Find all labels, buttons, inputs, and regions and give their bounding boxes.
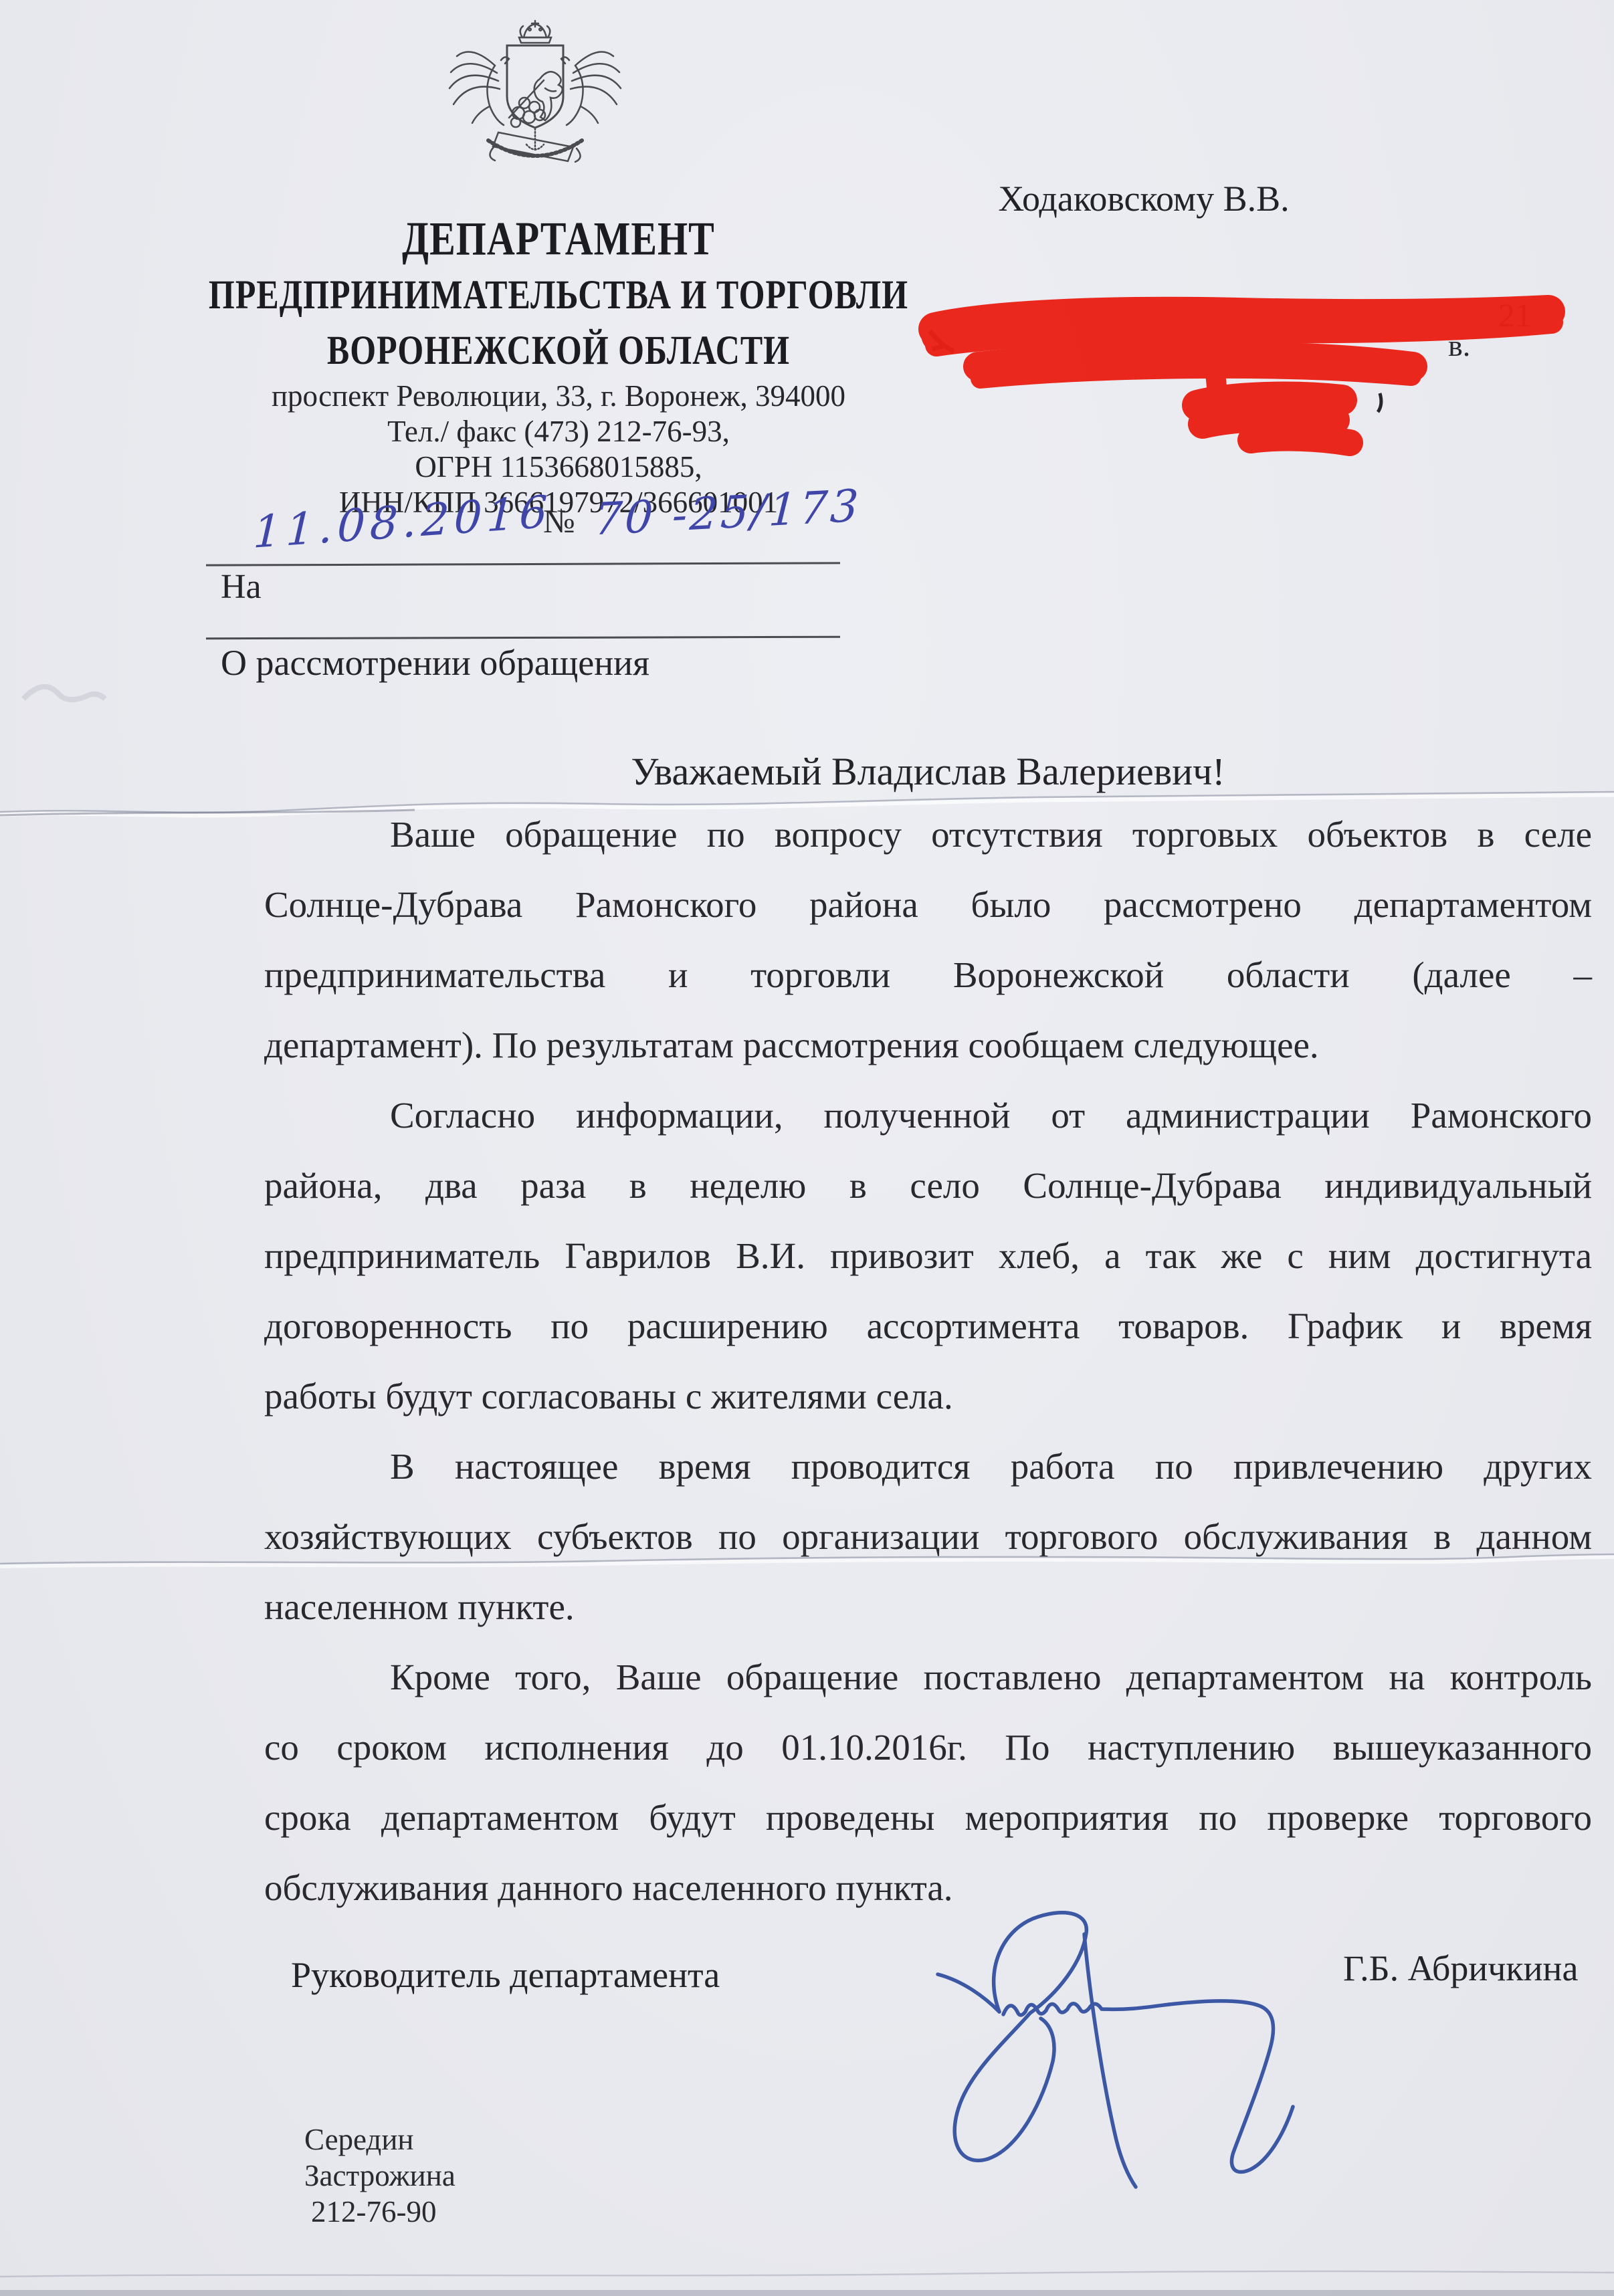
na-label: На: [221, 567, 262, 607]
body-line: департамент). По результатам рассмотрени…: [264, 1010, 1592, 1080]
org-phone: Тел./ факс (473) 212-76-93,: [207, 414, 910, 449]
body-line: Солнце-Дубрава Рамонского района было ра…: [264, 869, 1592, 940]
letterhead-org-name: ДЕПАРТАМЕНТ ПРЕДПРИНИМАТЕЛЬСТВА И ТОРГОВ…: [207, 211, 910, 378]
body-line: предпринимательства и торговли Воронежск…: [264, 940, 1592, 1010]
reference-rule-line-2: [206, 636, 840, 639]
body-line: со сроком исполнения до 01.10.2016г. По …: [264, 1712, 1592, 1782]
redacted-address-block: в. 21: [916, 288, 1612, 468]
number-sign: №: [543, 502, 575, 540]
executor-name-1: Середин: [304, 2121, 456, 2158]
subject-line: О рассмотрении обращения: [221, 642, 649, 684]
body-line: В настоящее время проводится работа по п…: [264, 1431, 1592, 1501]
voronezh-coat-of-arms-icon: [431, 19, 639, 179]
org-name-line3: ВОРОНЕЖСКОЙ ОБЛАСТИ: [207, 322, 910, 378]
redacted-fragment-right: 21: [1498, 296, 1532, 334]
executor-name-2: Застрожина: [304, 2158, 456, 2194]
body-line: срока департаментом будут проведены меро…: [264, 1782, 1592, 1853]
scanned-letter-page: ДЕПАРТАМЕНТ ПРЕДПРИНИМАТЕЛЬСТВА И ТОРГОВ…: [0, 0, 1614, 2296]
body-line: Ваше обращение по вопросу отсутствия тор…: [264, 799, 1592, 869]
executor-phone: 212-76-90: [304, 2194, 456, 2230]
body-line: хозяйствующих субъектов по организации т…: [264, 1501, 1592, 1572]
org-ogrn: ОГРН 1153668015885,: [207, 449, 910, 485]
redacted-fragment-left: в.: [1448, 328, 1470, 362]
org-name-line2: ПРЕДПРИНИМАТЕЛЬСТВА И ТОРГОВЛИ: [207, 267, 910, 322]
body-line: работы будут согласованы с жителями села…: [264, 1361, 1592, 1431]
signer-position: Руководитель департамента: [291, 1954, 720, 1996]
org-address: проспект Революции, 33, г. Воронеж, 3940…: [207, 379, 910, 414]
handwritten-signature-icon: [930, 1899, 1351, 2200]
body-line: обслуживания данного населенного пункта.: [264, 1853, 1592, 1923]
body-line: населенном пункте.: [264, 1572, 1592, 1642]
body-line: предприниматель Гаврилов В.И. привозит х…: [264, 1221, 1592, 1291]
body-line: Согласно информации, полученной от админ…: [264, 1080, 1592, 1150]
body-line: Кроме того, Ваше обращение поставлено де…: [264, 1642, 1592, 1712]
executor-block: Середин Застрожина 212-76-90: [304, 2121, 456, 2230]
addressee-name: Ходаковскому В.В.: [923, 178, 1365, 219]
body-line: договоренность по расширению ассортимент…: [264, 1291, 1592, 1361]
salutation: Уважаемый Владислав Валериевич!: [264, 749, 1592, 794]
letter-body: Ваше обращение по вопросу отсутствия тор…: [264, 799, 1592, 1923]
body-line: района, два раза в неделю в село Солнце-…: [264, 1150, 1592, 1221]
signer-name: Г.Б. Абричкина: [1343, 1948, 1578, 1989]
reference-rule-line-1: [206, 562, 840, 566]
org-name-line1: ДЕПАРТАМЕНТ: [207, 211, 910, 267]
red-marker-strokes: [921, 312, 1552, 443]
